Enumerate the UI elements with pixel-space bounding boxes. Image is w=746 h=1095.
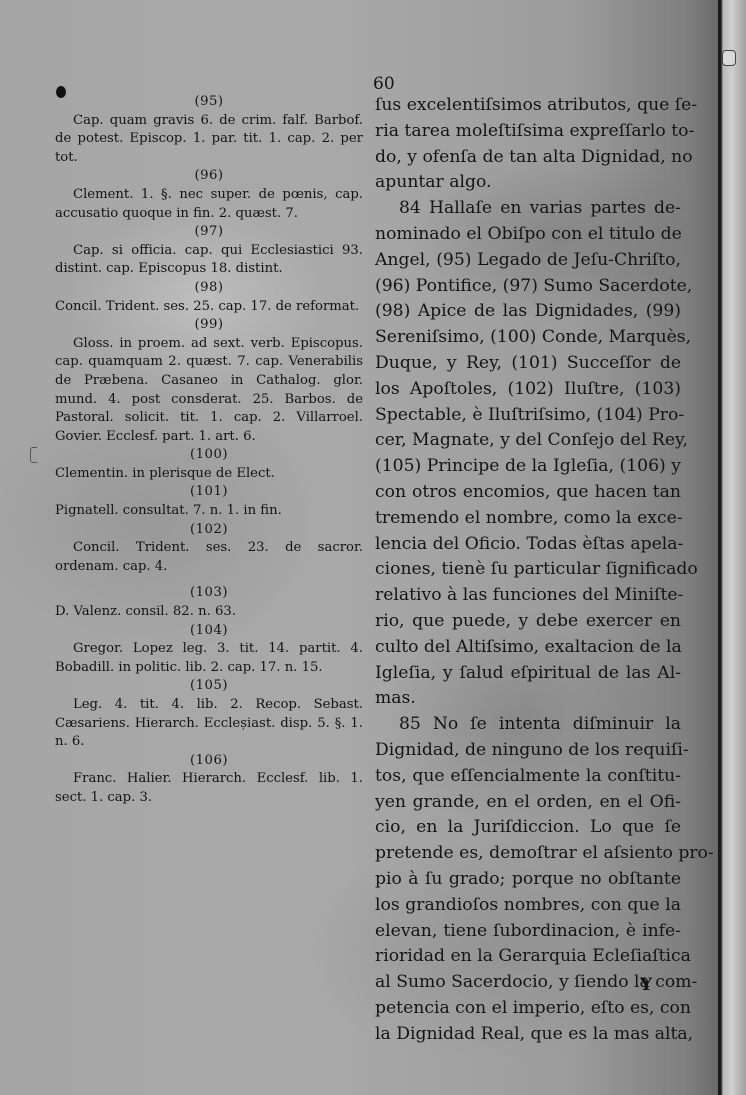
text-line: petencia con el imperio, eſto es, con (375, 996, 681, 1022)
text-line: al Sumo Sacerdocio, y ſiendo la com- (375, 970, 681, 996)
text-line: los grandioſos nombres, con que la (375, 893, 681, 919)
page-clip (722, 50, 736, 66)
footnote-text: Concil. Trident. ses. 23. de sacror. ord… (55, 539, 363, 576)
footnote-text: Gregor. Lopez leg. 3. tit. 14. partit. 4… (55, 640, 363, 677)
footnote-number: (96) (55, 167, 363, 186)
text-line: Dignidad, de ninguno de los requiſi- (375, 738, 681, 764)
text-line: apuntar algo. (375, 170, 681, 196)
footnote-number: (103) (55, 584, 363, 603)
text-line: relativo à las funciones del Miniſte- (375, 583, 681, 609)
text-line: rioridad en la Gerarquia Ecleſiaſtica (375, 944, 681, 970)
text-line: pretende es, demoſtrar el aſsiento pro- (375, 841, 681, 867)
footnote-text: Gloss. in proem. ad sext. verb. Episcopu… (55, 335, 363, 447)
footnote-number: (101) (55, 483, 363, 502)
text-line: ria tarea moleſtiſsima expreſſarlo to- (375, 119, 681, 145)
text-line: nominado el Obiſpo con el titulo de (375, 222, 681, 248)
text-line: (105) Principe de la Igleſia, (106) y (375, 454, 681, 480)
paragraph-84-start: 84 Hallaſe en varias partes de- (375, 196, 681, 222)
text-line: Igleſia, y ſalud eſpiritual de las Al- (375, 661, 681, 687)
text-line: cer, Magnate, y del Conſejo del Rey, (375, 428, 681, 454)
text-line: pio à ſu grado; porque no obſtante (375, 867, 681, 893)
text-line: mas. (375, 686, 681, 712)
text-line: ſus excelentiſsimos atributos, que ſe- (375, 93, 681, 119)
text-line: tos, que eſſencialmente la conſtitu- (375, 764, 681, 790)
text-line: Sereniſsimo, (100) Conde, Marquès, (375, 325, 681, 351)
text-line: con otros encomios, que hacen tan (375, 480, 681, 506)
footnotes-column: (95) Cap. quam gravis 6. de crim. falf. … (55, 93, 363, 808)
text-line: la Dignidad Real, que es la mas alta, (375, 1022, 681, 1048)
margin-bracket-mark (30, 447, 37, 463)
text-line: do, y ofenſa de tan alta Dignidad, no (375, 145, 681, 171)
text-line: (98) Apice de las Dignidades, (99) (375, 299, 681, 325)
text-line: Duque, y Rey, (101) Succeſſor de (375, 351, 681, 377)
footnote-number: (98) (55, 279, 363, 298)
footnote-text: Concil. Trident. ses. 25. cap. 17. de re… (55, 298, 363, 317)
text-line: elevan, tiene ſubordinacion, è infe- (375, 919, 681, 945)
footnote-number: (106) (55, 752, 363, 771)
footnote-number: (102) (55, 521, 363, 540)
footnote-text: Pignatell. consultat. 7. n. 1. in fin. (55, 502, 363, 521)
text-line: Angel, (95) Legado de Jeſu-Chriſto, (375, 248, 681, 274)
footnote-text: Clementin. in plerisque de Elect. (55, 465, 363, 484)
text-line: lencia del Oficio. Todas èſtas apela- (375, 532, 681, 558)
paragraph-85-start: 85 No ſe intenta diſminuir la (375, 712, 681, 738)
footnote-number: (100) (55, 446, 363, 465)
book-spine-edge (718, 0, 746, 1095)
footnote-number: (97) (55, 223, 363, 242)
text-line: ciones, tienè ſu particular ſignificado (375, 557, 681, 583)
footnote-number: (95) (55, 93, 363, 112)
scanned-page: (95) Cap. quam gravis 6. de crim. falf. … (0, 0, 718, 1095)
footnote-text: Cap. si officia. cap. qui Ecclesiastici … (55, 242, 363, 279)
text-line: cio, en la Juriſdiccion. Lo que ſe (375, 815, 681, 841)
footnote-text: Cap. quam gravis 6. de crim. falf. Barbo… (55, 112, 363, 168)
body-text-column: ſus excelentiſsimos atributos, que ſe- r… (375, 93, 681, 1047)
text-line: los Apoſtoles, (102) Iluſtre, (103) (375, 377, 681, 403)
footnote-number: (105) (55, 677, 363, 696)
footnote-number: (104) (55, 622, 363, 641)
footnote-text: Clement. 1. §. nec super. de pœnis, cap.… (55, 186, 363, 223)
footnote-number: (99) (55, 316, 363, 335)
text-line: rio, que puede, y debe exercer en (375, 609, 681, 635)
footnote-text: Leg. 4. tit. 4. lib. 2. Recop. Sebast. C… (55, 696, 363, 752)
page-number: 60 (373, 74, 395, 94)
catchword: Y (640, 975, 652, 995)
text-line: Spectable, è Iluſtriſsimo, (104) Pro- (375, 403, 681, 429)
footnote-text: Franc. Halier. Hierarch. Ecclesf. lib. 1… (55, 770, 363, 807)
text-line: culto del Altiſsimo, exaltacion de la (375, 635, 681, 661)
footnote-text: D. Valenz. consil. 82. n. 63. (55, 603, 363, 622)
text-line: yen grande, en el orden, en el Ofi- (375, 790, 681, 816)
text-line: tremendo el nombre, como la exce- (375, 506, 681, 532)
text-line: (96) Pontifice, (97) Sumo Sacerdote, (375, 274, 681, 300)
